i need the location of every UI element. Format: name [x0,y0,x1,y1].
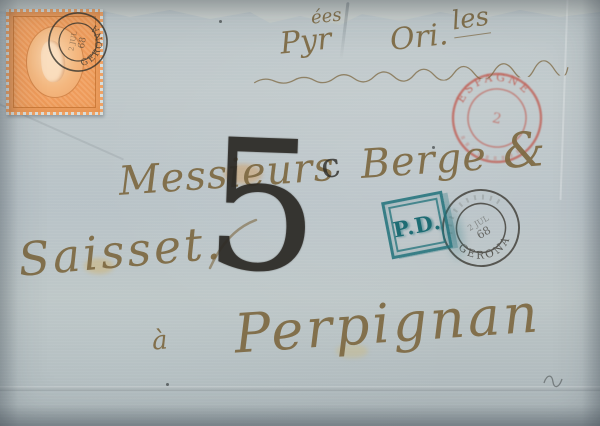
ampersand: & [501,121,549,180]
paper-fold-bottom [0,386,600,391]
route-word-pyr: Pyr [278,21,333,61]
pencil-squiggle-mark [541,370,565,390]
tax-mark-5: 5 [202,116,323,300]
pd-label: P.D. [391,208,443,242]
pd-boxed-handstamp: P.D. [381,191,453,260]
address-preposition: à [151,325,169,356]
address-line2-surname2: Saisset. [16,215,225,287]
postal-cover-photo: GERONA 2 JUL 68 ESPAGNE 2 Pyr ées Ori. l… [0,0,600,426]
cds-year-text: 68 [77,36,89,49]
route-word-ori: Ori. [388,17,449,58]
paper-speck [219,20,222,23]
route-word-les: les [450,2,491,39]
gerona-cds-on-stamp: GERONA 2 JUL 68 [20,0,136,100]
route-superscript: ées [310,4,343,28]
paper-fold-right [560,0,569,200]
pd-inner-frame: P.D. [388,198,446,253]
